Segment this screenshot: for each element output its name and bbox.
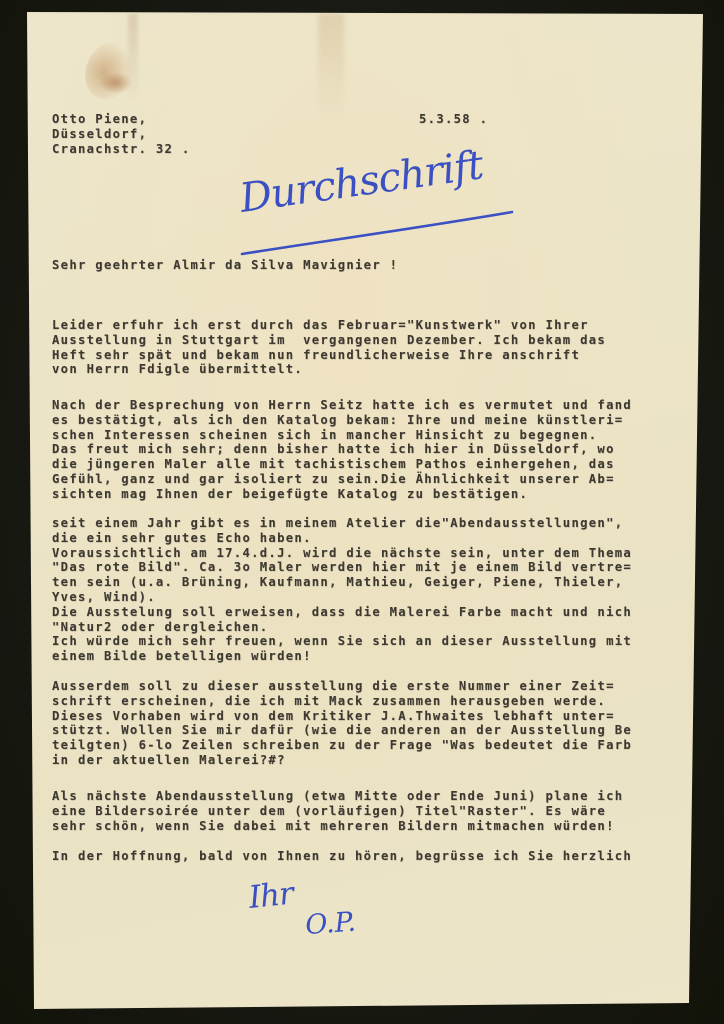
handwritten-underline [242,212,512,254]
salutation: Sehr geehrter Almir da Silva Mavignier ! [52,258,398,273]
paragraph-3: seit einem Jahr gibt es in meinem Atelie… [52,516,632,664]
handwritten-signature: Ihr O.P. [228,868,468,958]
signature-initials: O.P. [304,907,356,941]
letter-date: 5.3.58 . [419,112,488,127]
closing-line: In der Hoffnung, bald von Ihnen zu hören… [52,849,632,864]
paragraph-1: Leider erfuhr ich erst durch das Februar… [52,318,606,377]
signature-valediction: Ihr [246,875,298,916]
paragraph-2: Nach der Besprechung von Herrn Seitz hat… [52,398,632,502]
sender-address: Otto Piene, Düsseldorf, Cranachstr. 32 . [52,112,191,156]
letter-page: Otto Piene, Düsseldorf, Cranachstr. 32 .… [0,0,724,1024]
scanned-letter-photo: Otto Piene, Düsseldorf, Cranachstr. 32 .… [0,0,724,1024]
rust-stain [77,36,140,106]
handwritten-note-text: Durchschrift [236,142,488,222]
paragraph-5: Als nächste Abendausstellung (etwa Mitte… [52,789,623,833]
rust-stain-dark [99,72,133,94]
paper-streak-left [128,14,138,104]
paragraph-4: Ausserdem soll zu dieser ausstellung die… [52,679,632,768]
handwritten-note: Durchschrift [228,146,528,276]
paper-streak [318,14,344,124]
